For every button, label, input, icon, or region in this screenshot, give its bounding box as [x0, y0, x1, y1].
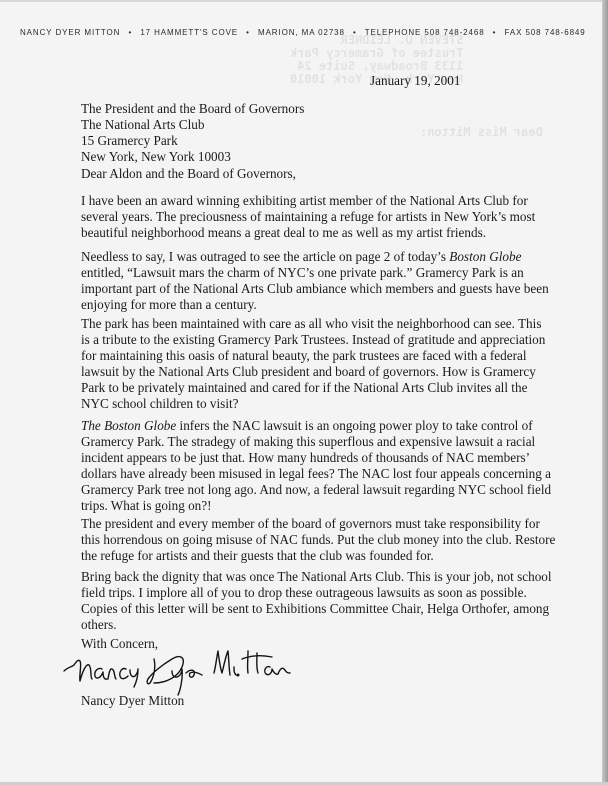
letter-date: January 19, 2001	[370, 73, 460, 89]
text-line: Needless to say, I was outraged to see t…	[81, 249, 551, 265]
publication-title: The Boston Globe	[81, 418, 176, 433]
bleed-through-salutation: Dear Miss Mitton:	[420, 126, 543, 139]
recipient-line: 15 Gramercy Park	[81, 133, 304, 149]
text-line: trips. What is going on?!	[81, 498, 551, 514]
text-line: Park to be privately maintained and care…	[81, 380, 551, 396]
paragraph-4: The Boston Globe infers the NAC lawsuit …	[81, 418, 551, 515]
text-line: The Boston Globe infers the NAC lawsuit …	[81, 418, 551, 434]
recipient-line: New York, New York 10003	[81, 149, 304, 165]
text-line: Copies of this letter will be sent to Ex…	[81, 601, 551, 617]
letterhead-telephone: Telephone 508 748-2468	[365, 28, 485, 37]
scan-top-edge	[0, 0, 608, 2]
text-line: incident appears to be just that. How ma…	[81, 450, 551, 466]
paragraph-1: I have been an award winning exhibiting …	[81, 193, 551, 241]
text-line: Bring back the dignity that was once The…	[81, 569, 551, 585]
text-line: lawsuit by the National Arts Club presid…	[81, 364, 551, 380]
recipient-address: The President and the Board of Governors…	[81, 101, 304, 165]
letterhead-fax: Fax 508 748-6849	[505, 28, 586, 37]
text-line: for maintaining this oasis of natural be…	[81, 348, 551, 364]
salutation: Dear Aldon and the Board of Governors,	[81, 166, 296, 182]
publication-title: Boston Globe	[449, 249, 521, 264]
text-line: this horrendous on going misuse of NAC f…	[81, 532, 551, 548]
text-line: I have been an award winning exhibiting …	[81, 193, 551, 209]
text-run: infers the NAC lawsuit is an ongoing pow…	[176, 418, 532, 433]
text-line: is a tribute to the existing Gramercy Pa…	[81, 332, 551, 348]
text-line: the refuge for artists and their guests …	[81, 548, 551, 564]
letterhead-address: 17 Hammett's Cove	[140, 28, 238, 37]
text-line: NYC school children to visit?	[81, 396, 551, 412]
recipient-line: The President and the Board of Governors	[81, 101, 304, 117]
paragraph-5: The president and every member of the bo…	[81, 516, 551, 564]
text-line: Gramercy Park tree not long ago. And now…	[81, 482, 551, 498]
recipient-line: The National Arts Club	[81, 117, 304, 133]
text-line: several years. The preciousness of maint…	[81, 209, 551, 225]
paragraph-2: Needless to say, I was outraged to see t…	[81, 249, 551, 313]
text-run: Needless to say, I was outraged to see t…	[81, 249, 449, 264]
bullet-separator: •	[128, 28, 132, 37]
text-line: important part of the National Arts Club…	[81, 281, 551, 297]
letterhead-city: Marion, MA 02738	[258, 28, 345, 37]
text-line: Gramercy Park. The stradegy of making th…	[81, 434, 551, 450]
text-line: entitled, “Lawsuit mars the charm of NYC…	[81, 265, 551, 281]
printed-name: Nancy Dyer Mitton	[81, 693, 184, 709]
bullet-separator: •	[353, 28, 357, 37]
text-line: The president and every member of the bo…	[81, 516, 551, 532]
bleed-through-line: Trustee of Gramercy Park	[290, 47, 463, 60]
text-line: enjoying for more than a century.	[81, 297, 551, 313]
text-line: dollars have already been misused in leg…	[81, 466, 551, 482]
bullet-separator: •	[246, 28, 250, 37]
bullet-separator: •	[493, 28, 497, 37]
text-line: field trips. I implore all of you to dro…	[81, 585, 551, 601]
bleed-through-line: 1133 Broadway, Suite 24	[290, 60, 463, 73]
letter-page: STEVEN U. LEIDNERTrustee of Gramercy Par…	[0, 0, 602, 782]
paragraph-6: Bring back the dignity that was once The…	[81, 569, 551, 633]
bleed-through-line: Dear Miss Mitton:	[420, 126, 543, 139]
letterhead: Nancy Dyer Mitton • 17 Hammett's Cove • …	[20, 28, 586, 37]
letterhead-name: Nancy Dyer Mitton	[20, 28, 120, 37]
text-line: The park has been maintained with care a…	[81, 316, 551, 332]
paragraph-3: The park has been maintained with care a…	[81, 316, 551, 413]
scan-right-edge	[602, 0, 608, 785]
text-line: others.	[81, 617, 551, 633]
text-line: beautiful neighborhood means a great dea…	[81, 225, 551, 241]
